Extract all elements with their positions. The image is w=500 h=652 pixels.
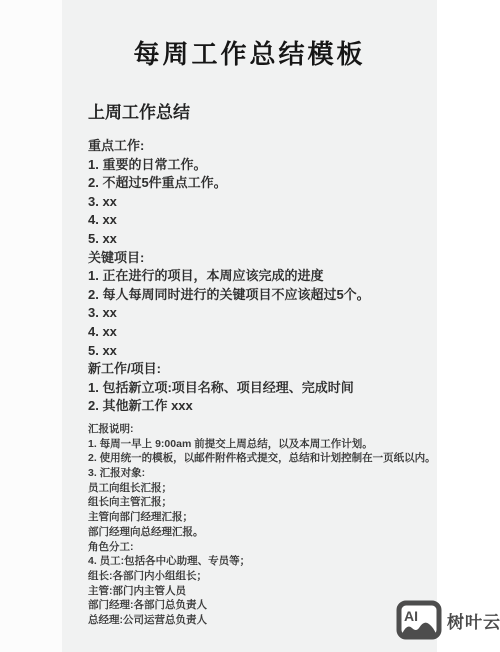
note-line: 组长向主管汇报； [88, 495, 437, 510]
summary-body: 重点工作: 1. 重要的日常工作。 2. 不超过5件重点工作。 3. xx 4.… [88, 137, 437, 416]
list-item: 2. 其他新工作 xxx [88, 397, 437, 416]
list-item: 3. xx [88, 193, 437, 212]
note-line: 1. 每周一早上 9:00am 前提交上周总结，以及本周工作计划。 [88, 437, 437, 452]
list-item: 5. xx [88, 342, 437, 361]
left-margin [0, 0, 62, 652]
list-item: 3. xx [88, 304, 437, 323]
note-line: 员工向组长汇报； [88, 481, 437, 496]
list-item: 1. 包括新立项:项目名称、项目经理、完成时间 [88, 379, 437, 398]
notes-body: 汇报说明: 1. 每周一早上 9:00am 前提交上周总结，以及本周工作计划。 … [88, 422, 437, 628]
list-item: 5. xx [88, 230, 437, 249]
note-line: 部门经理向总经理汇报。 [88, 525, 437, 540]
note-line: 部门经理:各部门总负责人 [88, 598, 437, 613]
note-line: 3. 汇报对象: [88, 466, 437, 481]
list-item: 1. 正在进行的项目，本周应该完成的进度 [88, 267, 437, 286]
note-line: 4. 员工:包括各中心助理、专员等； [88, 554, 437, 569]
section-heading-key-work: 重点工作: [88, 137, 437, 156]
list-item: 2. 不超过5件重点工作。 [88, 174, 437, 193]
note-line: 2. 使用统一的模板，以邮件附件格式提交，总结和计划控制在一页纸以内。 [88, 451, 437, 466]
note-line: 总经理:公司运营总负责人 [88, 613, 437, 628]
note-line: 角色分工: [88, 540, 437, 555]
document-page: 每周工作总结模板 上周工作总结 重点工作: 1. 重要的日常工作。 2. 不超过… [62, 0, 437, 652]
note-line: 主管向部门经理汇报； [88, 510, 437, 525]
list-item: 4. xx [88, 211, 437, 230]
list-item: 1. 重要的日常工作。 [88, 156, 437, 175]
list-item: 4. xx [88, 323, 437, 342]
note-line: 主管:部门内主管人员 [88, 584, 437, 599]
note-line: 组长:各部门内小组组长； [88, 569, 437, 584]
list-item: 2. 每人每周同时进行的关键项目不应该超过5个。 [88, 286, 437, 305]
section-subtitle: 上周工作总结 [88, 103, 437, 122]
page-title: 每周工作总结模板 [62, 0, 437, 70]
section-heading-new-work: 新工作/项目: [88, 360, 437, 379]
watermark-brand: 树叶云 [447, 608, 500, 633]
notes-heading: 汇报说明: [88, 422, 437, 437]
ai-icon-label: AI [404, 608, 418, 624]
ai-image-icon: AI [396, 600, 442, 640]
section-heading-key-projects: 关键项目: [88, 249, 437, 268]
watermark: AI 树叶云 [396, 600, 500, 640]
